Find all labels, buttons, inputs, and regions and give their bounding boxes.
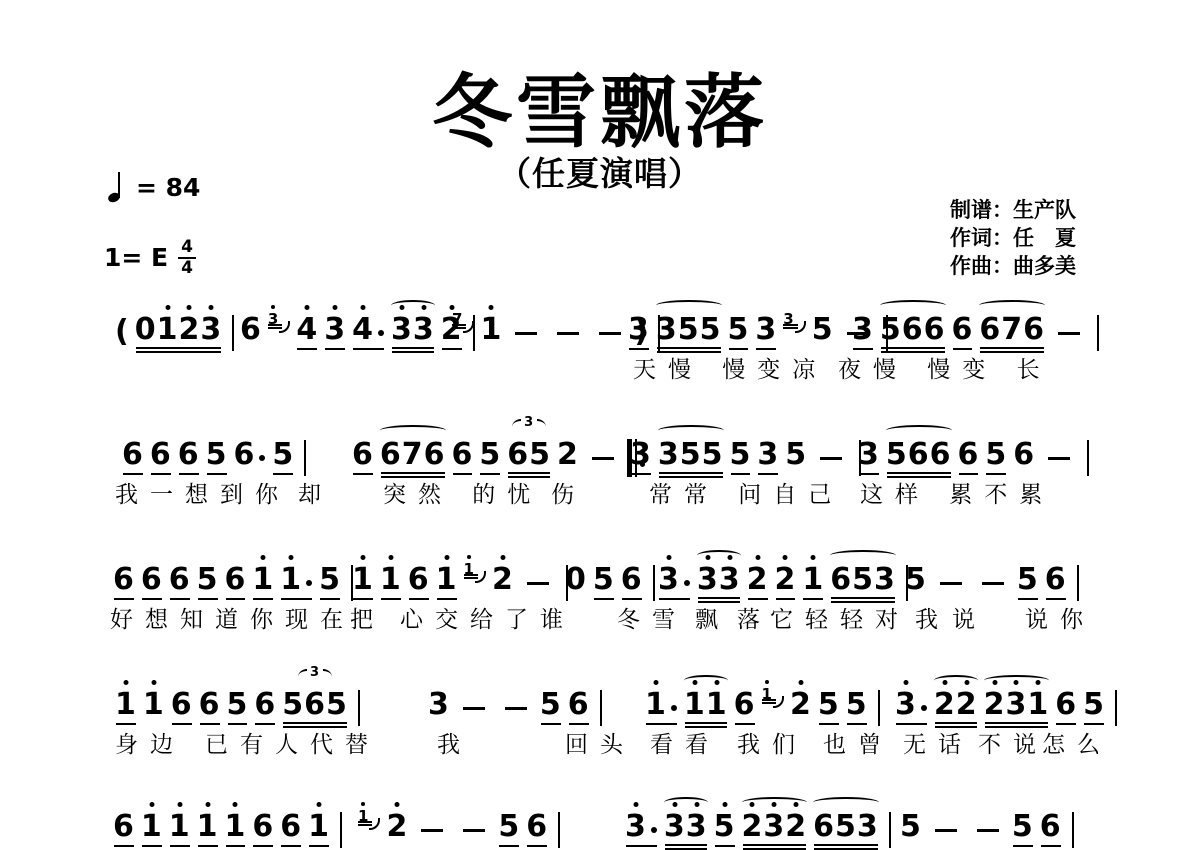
dash-extension (515, 332, 537, 335)
note-cluster: 1 (802, 565, 824, 603)
note-digit: 3 (857, 812, 879, 842)
lyric-segment: 冬雪 (617, 607, 687, 635)
note-cluster: 22 (934, 690, 978, 728)
note-cluster: 1 (115, 690, 137, 728)
measure-group: 3355535 (630, 432, 865, 478)
note-digit: 1 (706, 690, 728, 720)
note-cluster: 6 (1055, 690, 1077, 728)
note-digit: 1 (802, 565, 824, 595)
note-cluster: 6 (150, 440, 172, 478)
note-digit: 6 (621, 565, 643, 595)
note-cluster: 5 (197, 565, 219, 603)
note-cluster: 2 (790, 690, 812, 728)
note-digit: 5 (730, 440, 752, 470)
dash-extension (940, 582, 962, 585)
note-digit: 6 (225, 565, 247, 595)
barline (1115, 690, 1117, 726)
note-cluster: 5 (1012, 812, 1034, 850)
note-cluster: 653 (813, 812, 879, 850)
note-digit: 5 (529, 440, 551, 470)
note-cluster: 6 (234, 440, 267, 478)
note-digit: 1 (762, 687, 772, 702)
note-digit: 5 (812, 315, 834, 345)
note-cluster: 6 (526, 812, 548, 850)
note-digit: 5 (818, 690, 840, 720)
note-cluster: 6 (1013, 440, 1035, 478)
note-digit: 5 (326, 690, 348, 720)
note-cluster: 355 (656, 315, 722, 353)
note-digit: 1 (1027, 690, 1049, 720)
note-digit: 6 (568, 690, 590, 720)
note-digit: 5 (985, 440, 1007, 470)
lyric-segment: 我 (437, 732, 472, 760)
note-digit: 1 (169, 812, 191, 842)
note-digit: 6 (169, 565, 191, 595)
barline (558, 812, 560, 848)
note-cluster: 3 (324, 315, 346, 353)
note-digit: 3 (628, 315, 650, 345)
slur-arc (656, 300, 722, 311)
note-digit: 5 (1017, 565, 1039, 595)
note-cluster: 6 (122, 440, 144, 478)
note-digit: 6 (952, 315, 974, 345)
lyric-segment: 落 (737, 607, 772, 635)
note-cluster: 6 (169, 565, 191, 603)
dash-extension (421, 829, 443, 832)
barline (1087, 440, 1089, 476)
note-digit: 1 (358, 809, 368, 824)
note-digit: 6 (958, 440, 980, 470)
lyric-segment: 看看 (650, 732, 720, 760)
note-digit: 2 (557, 440, 579, 470)
slur-arc (380, 425, 446, 436)
note-digit: 6 (1045, 565, 1067, 595)
note-digit: 3 (783, 312, 793, 327)
note-digit: 3 (268, 312, 278, 327)
grace-slur-arc (773, 696, 784, 708)
lyric-segment: 把 (350, 607, 385, 635)
note-cluster: 653 (830, 565, 896, 603)
note-digit: 6 (199, 690, 221, 720)
note-cluster: 5 (900, 812, 922, 850)
grace-slur-arc (369, 818, 380, 830)
note-digit: 6 (813, 812, 835, 842)
note-cluster: 5 (714, 812, 736, 850)
note-digit: 1 (645, 690, 667, 720)
note-cluster: 676 (979, 315, 1045, 353)
augmentation-dot (651, 827, 657, 833)
note-digit: 5 (905, 565, 927, 595)
dash-extension (982, 582, 1004, 585)
note-digit: 5 (197, 565, 219, 595)
note-cluster: 0 (565, 565, 587, 603)
note-digit: 3 (391, 315, 413, 345)
slur-arc (391, 300, 435, 311)
lyric-segment: 不说 (978, 732, 1048, 760)
lyric-segment: 却 (298, 482, 333, 510)
slur-arc (830, 550, 896, 561)
note-digit: 6 (178, 440, 200, 470)
slur-arc (697, 550, 741, 561)
note-digit: 3 (697, 565, 719, 595)
note-digit: 3 (858, 440, 880, 470)
note-digit: 1 (436, 565, 458, 595)
measure-group: 3566656 (858, 432, 1093, 478)
note-cluster: 3 (757, 440, 779, 478)
note-digit: 1 (684, 690, 706, 720)
measure-group: 116112 (352, 557, 572, 603)
note-cluster: 5 (730, 440, 752, 478)
rest-note: 0 (135, 315, 157, 345)
note-cluster: 11 (684, 690, 728, 728)
lyric-segment: 也曾 (823, 732, 893, 760)
note-cluster: 3565 (282, 690, 348, 728)
note-digit: 3 (755, 315, 777, 345)
lyric-segment: 天慢 慢变凉 (633, 357, 827, 385)
barline (304, 440, 306, 476)
note-digit: 6 (113, 565, 135, 595)
note-cluster: 1 (436, 565, 458, 603)
note-digit: 2 (956, 690, 978, 720)
measure-group: 66656115 (113, 557, 357, 603)
note-cluster: 5 (985, 440, 1007, 478)
lyric-segment: 我 (915, 607, 950, 635)
note-cluster: 676 (380, 440, 446, 478)
measure-group: 333221653 (658, 557, 912, 603)
barline (889, 812, 891, 848)
note-digit: 6 (526, 812, 548, 842)
note-cluster: 355 (658, 440, 724, 478)
note-digit: 5 (728, 315, 750, 345)
dash-extension (505, 707, 527, 710)
lyric-segment: 它轻轻对 (770, 607, 910, 635)
note-cluster: 5 (319, 565, 341, 603)
measure-group: 3335232653 (625, 804, 895, 850)
slur-arc (813, 797, 879, 808)
dash-extension (599, 332, 621, 335)
measure-group: 1256 (358, 804, 564, 850)
lyric-segment: 伤 (551, 482, 586, 510)
dash-extension (592, 457, 614, 460)
note-cluster: 5 (1017, 565, 1039, 603)
note-cluster: 3 (858, 440, 880, 478)
note-digit: 6 (352, 440, 374, 470)
note-cluster: 5 (1083, 690, 1105, 728)
note-digit: 2 (934, 690, 956, 720)
lyric-segment: 已有人代替 (205, 732, 380, 760)
note-cluster: 6 (1040, 812, 1062, 850)
grace-note: 3 (783, 312, 805, 327)
note-cluster: 0123 (135, 315, 223, 353)
parenthesis: ( (115, 317, 129, 353)
note-digit: 3 (324, 315, 346, 345)
note-digit: 3 (895, 690, 917, 720)
note-digit: 3 (686, 812, 708, 842)
note-digit: 6 (380, 440, 402, 470)
note-digit: 1 (464, 562, 474, 577)
note-cluster: 1 (280, 565, 313, 603)
note-cluster: 4 (352, 315, 385, 353)
note-cluster: 5 (785, 440, 807, 478)
note-cluster: 5 (498, 812, 520, 850)
measure-group: 356 (428, 682, 606, 728)
note-digit: 6 (304, 690, 326, 720)
slur-arc (886, 425, 952, 436)
note-cluster: 3 (630, 440, 652, 478)
note-digit: 6 (930, 440, 952, 470)
note-digit: 5 (227, 690, 249, 720)
note-digit: 4 (296, 315, 318, 345)
note-digit: 6 (507, 440, 529, 470)
note-digit: 6 (122, 440, 144, 470)
dash-extension (977, 829, 999, 832)
note-digit: 3 (656, 315, 678, 345)
note-cluster: 1 (197, 812, 219, 850)
lyric-segment: 回头 (565, 732, 635, 760)
grace-note: 7 (452, 312, 474, 327)
grace-slur-arc (475, 571, 486, 583)
lyric-segment: 说你 (1025, 607, 1095, 635)
dash-extension (557, 332, 579, 335)
lyric-segment: 突然 的忧 (383, 482, 542, 510)
grace-note: 1 (464, 562, 486, 577)
note-digit: 6 (113, 812, 135, 842)
slur-arc (979, 300, 1045, 311)
barline (1077, 565, 1079, 601)
note-digit: 5 (206, 440, 228, 470)
note-cluster: 6 (252, 812, 274, 850)
triplet-mark: 3 (507, 416, 551, 429)
slur-arc (664, 797, 708, 808)
note-digit: 1 (280, 565, 302, 595)
lyric-segment: 心交给了谁 (400, 607, 575, 635)
note-digit: 3 (757, 440, 779, 470)
note-digit: 5 (785, 440, 807, 470)
note-digit: 5 (714, 812, 736, 842)
note-cluster: 1 (645, 690, 678, 728)
note-cluster: 6 (141, 565, 163, 603)
slur-arc (934, 675, 978, 686)
note-digit: 5 (498, 812, 520, 842)
note-cluster: 1 (380, 565, 402, 603)
note-cluster: 3 (628, 315, 650, 353)
note-cluster: 231 (984, 690, 1050, 728)
dash-extension (527, 582, 549, 585)
note-digit: 6 (979, 315, 1001, 345)
barline (653, 565, 655, 601)
note-digit: 5 (886, 440, 908, 470)
note-cluster: 6 (280, 812, 302, 850)
grace-note: 3 (268, 312, 290, 327)
note-digit: 6 (234, 440, 256, 470)
grace-slur-arc (463, 321, 474, 333)
note-cluster: 6 (199, 690, 221, 728)
note-digit: 5 (900, 812, 922, 842)
note-cluster: 6 (113, 565, 135, 603)
note-digit: 5 (835, 812, 857, 842)
note-digit: 6 (240, 315, 262, 345)
measure-group: 35666676 (852, 307, 1103, 353)
note-digit: 3 (625, 812, 647, 842)
note-digit: 5 (319, 565, 341, 595)
measure-group: 32223165 (895, 682, 1121, 728)
note-cluster: 6 (734, 690, 756, 728)
note-digit: 3 (664, 812, 686, 842)
barline (232, 315, 234, 351)
note-cluster: 6 (240, 315, 262, 353)
note-cluster: 566 (886, 440, 952, 478)
dash-extension (463, 707, 485, 710)
note-cluster: 2 (775, 565, 797, 603)
rest-note: 0 (565, 565, 587, 595)
note-digit: 7 (1001, 315, 1023, 345)
note-digit: 6 (902, 315, 924, 345)
slur-arc (684, 675, 728, 686)
note-cluster: 6 (171, 690, 193, 728)
note-digit: 1 (225, 812, 247, 842)
barline (358, 690, 360, 726)
note-digit: 1 (197, 812, 219, 842)
note-cluster: 6 (621, 565, 643, 603)
note-digit: 1 (352, 565, 374, 595)
grace-note: 1 (358, 809, 380, 824)
note-digit: 5 (1012, 812, 1034, 842)
note-digit: 6 (280, 812, 302, 842)
note-digit: 2 (785, 812, 807, 842)
note-digit: 5 (846, 690, 868, 720)
note-digit: 2 (775, 565, 797, 595)
note-digit: 3 (413, 315, 435, 345)
note-digit: 3 (763, 812, 785, 842)
dash-extension (1048, 457, 1070, 460)
note-digit: 6 (252, 812, 274, 842)
note-cluster: 1 (169, 812, 191, 850)
note-digit: 5 (540, 690, 562, 720)
measure-group: 056 (565, 557, 659, 603)
note-cluster: 5 (818, 690, 840, 728)
note-digit: 6 (150, 440, 172, 470)
lyric-segment: 这样 累不累 (860, 482, 1054, 510)
note-digit: 1 (143, 690, 165, 720)
note-cluster: 1 (308, 812, 330, 850)
note-cluster: 4 (296, 315, 318, 353)
measure-group: 11161255 (645, 682, 884, 728)
note-cluster: 3 (755, 315, 777, 353)
note-cluster: 6 (352, 440, 374, 478)
measure-group: 556 (900, 804, 1078, 850)
lyric-segment: 无话 (903, 732, 973, 760)
note-cluster: 3 (658, 565, 691, 603)
augmentation-dot (259, 455, 265, 461)
measure-group: 1166563565 (115, 682, 364, 728)
note-cluster: 5 (227, 690, 249, 728)
note-digit: 2 (492, 565, 514, 595)
dash-extension (1058, 332, 1080, 335)
measure-group: (0123 (115, 307, 238, 353)
note-cluster: 6 (958, 440, 980, 478)
note-cluster: 33 (391, 315, 435, 353)
score-area: (01236343433271)3355533535666676天慢 慢变凉夜慢… (0, 0, 1200, 850)
augmentation-dot (671, 705, 677, 711)
note-digit: 3 (658, 440, 680, 470)
note-cluster: 33 (664, 812, 708, 850)
note-cluster: 3 (852, 315, 874, 353)
note-digit: 6 (1055, 690, 1077, 720)
note-digit: 5 (593, 565, 615, 595)
note-cluster: 33 (697, 565, 741, 603)
note-digit: 5 (852, 565, 874, 595)
note-cluster: 1 (480, 315, 502, 353)
lyric-segment: 常常 问自己 (649, 482, 843, 510)
lyric-segment: 我们 (737, 732, 807, 760)
note-cluster: 5 (728, 315, 750, 353)
note-digit: 1 (380, 565, 402, 595)
note-cluster: 6 (1045, 565, 1067, 603)
note-digit: 3 (1006, 690, 1028, 720)
note-cluster: 232 (742, 812, 808, 850)
barline (1097, 315, 1099, 351)
grace-note: 1 (762, 687, 784, 702)
note-digit: 6 (830, 565, 852, 595)
note-cluster: 6 (452, 440, 474, 478)
dash-extension (463, 829, 485, 832)
note-digit: 3 (874, 565, 896, 595)
note-digit: 5 (680, 440, 702, 470)
note-digit: 7 (452, 312, 462, 327)
note-cluster: 1 (352, 565, 374, 603)
note-digit: 6 (424, 440, 446, 470)
note-cluster: 5 (593, 565, 615, 603)
barline (340, 812, 342, 848)
augmentation-dot (921, 705, 927, 711)
augmentation-dot (684, 580, 690, 586)
note-digit: 6 (452, 440, 474, 470)
note-digit: 5 (282, 690, 304, 720)
note-digit: 2 (742, 812, 764, 842)
augmentation-dot (378, 330, 384, 336)
note-digit: 3 (630, 440, 652, 470)
note-digit: 3 (200, 315, 222, 345)
lyric-segment: 说 (952, 607, 987, 635)
note-cluster: 5 (812, 315, 834, 353)
note-cluster: 2 (557, 440, 579, 478)
augmentation-dot (306, 580, 312, 586)
note-digit: 1 (252, 565, 274, 595)
triplet-mark: 3 (282, 666, 348, 679)
note-digit: 5 (700, 315, 722, 345)
note-digit: 6 (734, 690, 756, 720)
note-cluster: 1 (141, 812, 163, 850)
note-digit: 5 (272, 440, 294, 470)
lyric-segment: 怎么 (1042, 732, 1112, 760)
measure-group: 666565 (122, 432, 310, 478)
note-digit: 5 (702, 440, 724, 470)
note-digit: 6 (408, 565, 430, 595)
note-digit: 1 (480, 315, 502, 345)
barline (1072, 812, 1074, 848)
dash-extension (935, 829, 957, 832)
note-digit: 5 (479, 440, 501, 470)
measure-group: 61111661 (113, 804, 346, 850)
note-cluster: 1 (252, 565, 274, 603)
lyric-segment: 身边 (115, 732, 185, 760)
note-digit: 7 (402, 440, 424, 470)
note-cluster: 5 (272, 440, 294, 478)
dash-extension (820, 457, 842, 460)
note-cluster: 2 (492, 565, 514, 603)
barline (600, 690, 602, 726)
note-cluster: 5 (905, 565, 927, 603)
